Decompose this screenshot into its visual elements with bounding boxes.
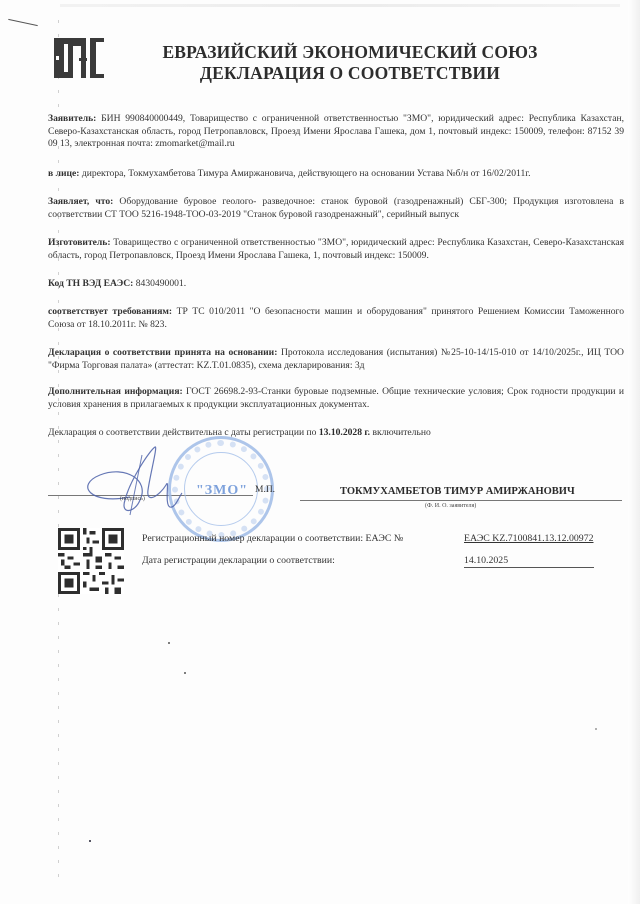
complies-section: соответствует требованиям: ТР ТС 010/201… <box>48 306 624 331</box>
represented-by-label: в лице: <box>48 168 79 179</box>
basis-section: Декларация о соответствии принята на осн… <box>48 347 624 372</box>
scan-speck <box>595 728 597 730</box>
registration-date-value: 14.10.2025 <box>464 555 594 568</box>
scan-mark <box>8 19 38 26</box>
eac-e-gap <box>56 56 59 60</box>
validity-prefix: Декларация о соответствии действительна … <box>48 427 316 438</box>
registration-date-label: Дата регистрации декларации о соответств… <box>142 555 335 566</box>
scan-edge-right <box>628 0 640 904</box>
declaration-page: ЕВРАЗИЙСКИЙ ЭКОНОМИЧЕСКИЙ СОЮЗ ДЕКЛАРАЦИ… <box>0 0 640 904</box>
applicant-text: БИН 990840000449, Товарищество с огранич… <box>48 113 624 149</box>
basis-label: Декларация о соответствии принята на осн… <box>48 347 277 358</box>
scan-speck <box>184 672 186 674</box>
registration-number-value: ЕАЭС KZ.7100841.13.12.00972 <box>464 533 594 544</box>
additional-info-label: Дополнительная информация: <box>48 386 183 397</box>
declares-text: Оборудование буровое геолого- разведочно… <box>48 196 624 220</box>
registration-number-label: Регистрационный номер декларации о соотв… <box>142 533 403 544</box>
manufacturer-section: Изготовитель: Товарищество с ограниченно… <box>48 237 624 262</box>
eac-letter-c <box>90 38 104 78</box>
complies-label: соответствует требованиям: <box>48 306 172 317</box>
hs-code-label: Код ТН ВЭД ЕАЭС: <box>48 278 133 289</box>
declares-label: Заявляет, что: <box>48 196 113 207</box>
represented-by-section: в лице: директора, Токмухамбетова Тимура… <box>48 168 624 181</box>
eac-a-crossbar <box>79 58 87 61</box>
validity-section: Декларация о соответствии действительна … <box>48 427 624 440</box>
signer-name: ТОКМУХАМБЕТОВ ТИМУР АМИРЖАНОВИЧ <box>340 486 575 497</box>
additional-info-section: Дополнительная информация: ГОСТ 26698.2-… <box>48 386 624 411</box>
scan-speck <box>89 840 91 842</box>
signature-caption: (подпись) <box>120 496 145 502</box>
scan-edge-top <box>60 4 620 7</box>
applicant-label: Заявитель: <box>48 113 96 124</box>
handwritten-signature <box>70 445 210 525</box>
hs-code-section: Код ТН ВЭД ЕАЭС: 8430490001. <box>48 278 624 291</box>
signer-caption: (Ф. И. О. заявителя) <box>425 503 476 509</box>
hs-code-text: 8430490001. <box>136 278 186 289</box>
title-line-1: ЕВРАЗИЙСКИЙ ЭКОНОМИЧЕСКИЙ СОЮЗ <box>150 42 550 63</box>
validity-suffix: включительно <box>372 427 430 438</box>
scan-speck <box>168 642 170 644</box>
title-line-2: ДЕКЛАРАЦИЯ О СООТВЕТСТВИИ <box>150 63 550 84</box>
manufacturer-label: Изготовитель: <box>48 237 111 248</box>
validity-date: 13.10.2028 г. <box>319 427 370 438</box>
manufacturer-text: Товарищество с ограниченной ответственно… <box>48 237 624 261</box>
document-title: ЕВРАЗИЙСКИЙ ЭКОНОМИЧЕСКИЙ СОЮЗ ДЕКЛАРАЦИ… <box>150 42 550 84</box>
qr-code[interactable] <box>58 528 124 594</box>
name-line <box>300 500 622 501</box>
declares-section: Заявляет, что: Оборудование буровое геол… <box>48 196 624 221</box>
mp-label: М.П. <box>255 485 275 495</box>
represented-by-text: директора, Токмухамбетова Тимура Амиржан… <box>82 168 531 179</box>
applicant-section: Заявитель: БИН 990840000449, Товариществ… <box>48 113 624 151</box>
